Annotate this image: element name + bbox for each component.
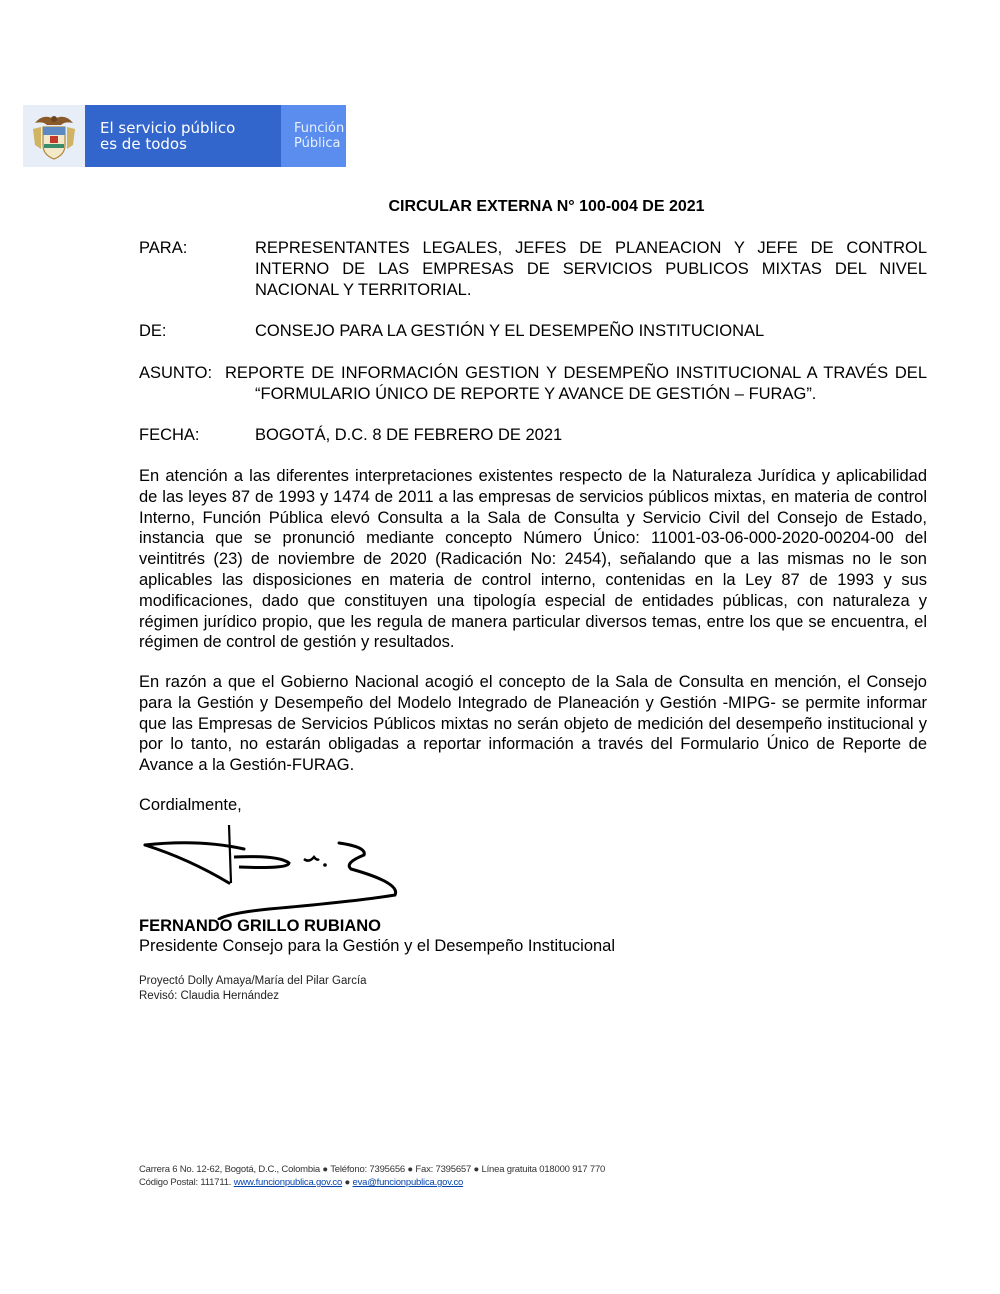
field-fecha-label: FECHA: [139, 425, 200, 446]
field-de: DE: CONSEJO PARA LA GESTIÓN Y EL DESEMPE… [139, 321, 927, 342]
footer-separator: ● [342, 1177, 352, 1188]
email-link[interactable]: eva@funcionpublica.gov.co [353, 1177, 464, 1188]
body-paragraph-2-text: En razón a que el Gobierno Nacional acog… [139, 672, 927, 776]
brand-line-2: Pública [294, 136, 346, 151]
projected-by: Proyectó Dolly Amaya/María del Pilar Gar… [139, 974, 367, 989]
body-paragraph-1: En atención a las diferentes interpretac… [139, 466, 927, 653]
field-fecha-value: BOGOTÁ, D.C. 8 DE FEBRERO DE 2021 [255, 425, 927, 446]
brand-line-1: Función [294, 121, 346, 136]
slogan-line-2: es de todos [100, 136, 281, 152]
colombia-coat-of-arms-icon [23, 105, 85, 167]
field-para-label: PARA: [139, 238, 187, 259]
credits: Proyectó Dolly Amaya/María del Pilar Gar… [139, 974, 367, 1004]
body-paragraph-2: En razón a que el Gobierno Nacional acog… [139, 672, 927, 776]
footer-postal: Código Postal: 111711. [139, 1177, 234, 1188]
document-page: El servicio público es de todos Función … [0, 0, 1000, 1294]
field-de-label: DE: [139, 321, 167, 342]
signer-role: Presidente Consejo para la Gestión y el … [139, 937, 615, 956]
document-title: CIRCULAR EXTERNA N° 100-004 DE 2021 [0, 198, 1000, 216]
brand-name: Función Pública [281, 105, 346, 167]
reviewed-by: Revisó: Claudia Hernández [139, 989, 367, 1004]
slogan-line-1: El servicio público [100, 120, 281, 136]
field-fecha: FECHA: BOGOTÁ, D.C. 8 DE FEBRERO DE 2021 [139, 425, 927, 446]
footer-contact: Código Postal: 111711. www.funcionpublic… [139, 1176, 605, 1189]
field-asunto: ASUNTO: REPORTE DE INFORMACIÓN GESTION Y… [139, 363, 927, 405]
field-de-value: CONSEJO PARA LA GESTIÓN Y EL DESEMPEÑO I… [255, 321, 927, 342]
slogan: El servicio público es de todos [85, 105, 281, 167]
signature-image [139, 825, 409, 920]
website-link[interactable]: www.funcionpublica.gov.co [234, 1177, 342, 1188]
header-logo: El servicio público es de todos Función … [23, 105, 346, 167]
signer-name: FERNANDO GRILLO RUBIANO [139, 917, 381, 936]
footer-address: Carrera 6 No. 12-62, Bogotá, D.C., Colom… [139, 1163, 605, 1176]
field-asunto-value: REPORTE DE INFORMACIÓN GESTION Y DESEMPE… [255, 363, 927, 405]
field-para-value: REPRESENTANTES LEGALES, JEFES DE PLANEAC… [255, 238, 927, 301]
body-paragraph-1-text: En atención a las diferentes interpretac… [139, 466, 927, 653]
closing: Cordialmente, [139, 796, 242, 815]
footer: Carrera 6 No. 12-62, Bogotá, D.C., Colom… [139, 1163, 605, 1189]
field-para: PARA: REPRESENTANTES LEGALES, JEFES DE P… [139, 238, 927, 301]
field-asunto-label: ASUNTO: [139, 363, 212, 384]
